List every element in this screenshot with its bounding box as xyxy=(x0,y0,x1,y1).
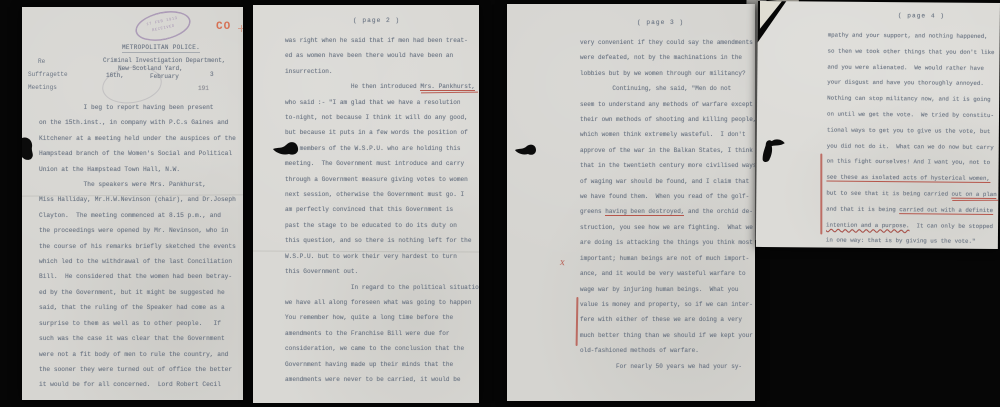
typed-line: wage war by injuring human beings. What … xyxy=(580,282,755,297)
margin-note-line: Re xyxy=(38,58,45,65)
typed-line: see these as isolated acts of hysterical… xyxy=(826,170,997,187)
typed-line: ed by the Government, but it might be su… xyxy=(39,285,236,300)
typed-line: mpathy and your support, and nothing hap… xyxy=(828,28,999,45)
ink-blot xyxy=(515,143,537,157)
typed-line: it would be for all concerned. Lord Robe… xyxy=(39,377,236,392)
typed-line: consideration, we came to the conclusion… xyxy=(285,341,479,356)
typed-line: old-fashioned methods of warfare. xyxy=(580,343,755,358)
typed-line: important; human beings are not of much … xyxy=(580,251,755,266)
typed-line: fere with either of these we are doing a… xyxy=(580,312,755,327)
typed-line: lobbies but by we women through our mili… xyxy=(580,66,755,81)
red-underline: out on a plan xyxy=(952,191,997,199)
typed-line: but because it puts in a few words the p… xyxy=(285,125,479,140)
registry-cross-mark xyxy=(238,25,243,32)
typed-line: Hampstead branch of the Women's Social a… xyxy=(39,146,236,161)
typed-line: intention and a purpose. It can only be … xyxy=(826,217,997,234)
typed-line: Nothing can stop militancy now, and it i… xyxy=(827,91,998,108)
red-underline: having been destroyed, xyxy=(605,208,684,216)
received-stamp: 17 FEB 1913 RECEIVED xyxy=(133,7,194,46)
typed-line: Continuing, she said, "Men do not xyxy=(580,81,755,96)
typed-line: The speakers were Mrs. Pankhurst, xyxy=(39,177,236,192)
page-number-header: ( page 2 ) xyxy=(353,17,400,24)
typed-line: and you were alienated. We would rather … xyxy=(827,59,998,76)
typed-body: I beg to report having been presenton th… xyxy=(39,100,236,393)
typed-line: your disgust and have you thoroughly ann… xyxy=(827,75,998,92)
red-underline: see these as isolated acts of hysterical… xyxy=(826,174,990,183)
typed-line: we have found them. When you read of the… xyxy=(580,189,755,204)
typed-line: ance, and it would be very wasteful warf… xyxy=(580,266,755,281)
typed-line: on until we get the vote. We tried by co… xyxy=(827,107,998,124)
typed-line: which women think extremely wasteful. I … xyxy=(580,127,755,142)
typed-line: said, that the ruling of the Speaker had… xyxy=(39,300,236,315)
document-title: METROPOLITAN POLICE. xyxy=(122,44,200,53)
typed-line: Clayton. The meeting commenced at 8.15 p… xyxy=(39,208,236,223)
typed-line: on this fight ourselves! And I want you,… xyxy=(827,154,998,171)
typed-line: was right when he said that if men had b… xyxy=(285,33,479,48)
typed-line: in one way: that is by giving us the vot… xyxy=(826,233,997,249)
red-margin-line xyxy=(820,154,822,235)
ink-blot xyxy=(759,137,789,167)
typed-line: value is money and property, so if we ca… xyxy=(580,297,755,312)
margin-note-line: Suffragette xyxy=(28,71,68,78)
typed-line: much better thing than we should if we k… xyxy=(580,328,755,343)
page-4: ( page 4 ) mpathy and your support, and … xyxy=(756,1,1000,249)
page-number-header: ( page 3 ) xyxy=(637,19,684,26)
typed-line: past the stage to be educated to do its … xyxy=(285,218,479,233)
typed-body: was right when he said that if men had b… xyxy=(285,33,479,387)
typed-line: very convenient if they could say the am… xyxy=(580,35,755,50)
typed-line: For nearly 50 years we had your sy- xyxy=(580,359,755,374)
typed-line: which led to the withdrawal of the last … xyxy=(39,254,236,269)
typed-line: the members of the W.S.P.U. who are hold… xyxy=(285,141,479,156)
page-number-header: ( page 4 ) xyxy=(898,12,945,19)
typed-line: the proceedings were opened by Mr. Nevin… xyxy=(39,223,236,238)
typed-line: He then introduced Mrs. Pankhurst, xyxy=(285,79,479,94)
typed-line: Bill. He considered that the women had b… xyxy=(39,269,236,284)
typed-line: ed as women have been there would have b… xyxy=(285,48,479,63)
photographed-documents: 17 FEB 1913 RECEIVED CO METROPOLITAN POL… xyxy=(0,0,1000,407)
typed-line: tional ways to get you to give us the vo… xyxy=(827,122,998,139)
typed-line: approve of the war in the Balkan States,… xyxy=(580,143,755,158)
typed-line: next session, otherwise the Government m… xyxy=(285,187,479,202)
typed-line: amendments to the Franchise Bill were du… xyxy=(285,326,479,341)
typed-line: and that it is being carried out with a … xyxy=(826,201,997,218)
typed-line: this Government out. xyxy=(285,264,479,279)
typed-line: I beg to report having been present xyxy=(39,100,236,115)
typed-line: greens having been destroyed, and the or… xyxy=(580,204,755,219)
typed-line: am perfectly convinced that this Governm… xyxy=(285,202,479,217)
date-day: 16th, xyxy=(106,72,124,79)
typed-line: insurrection. xyxy=(285,64,479,79)
typed-line: Government having made up their minds th… xyxy=(285,357,479,372)
typed-line: were not a fit body of men to rule the c… xyxy=(39,347,236,362)
red-underline: Mrs. Pankhurst, xyxy=(420,83,475,91)
address-line: New Scotland Yard, xyxy=(118,65,183,72)
typed-line: to-night, not because I think it will do… xyxy=(285,110,479,125)
typed-line: are doing is attacking the things you th… xyxy=(580,235,755,250)
typed-line: you did not do it. What can we do now bu… xyxy=(827,138,998,155)
typed-line: surprise to them as well as to other peo… xyxy=(39,316,236,331)
typed-line: meeting. The Government must introduce a… xyxy=(285,156,479,171)
typed-line: so then we took other things that you do… xyxy=(827,43,998,60)
date-year-print: 191 xyxy=(198,85,209,92)
page-1: 17 FEB 1913 RECEIVED CO METROPOLITAN POL… xyxy=(22,7,243,400)
typed-line: the course of his remarks briefly sketch… xyxy=(39,239,236,254)
department-line: Criminal Investigation Department, xyxy=(103,57,225,64)
typed-line: who said :- "I am glad that we have a re… xyxy=(285,95,479,110)
typed-line: Kitchener at a meeting held under the au… xyxy=(39,131,236,146)
typed-line: but to see that it is being carried out … xyxy=(826,186,997,203)
red-margin-line xyxy=(576,297,578,346)
typed-line: this question, and so there is nothing l… xyxy=(285,233,479,248)
margin-note-line: Meetings xyxy=(28,84,57,91)
typed-line: on the 15th.inst., in company with P.C.s… xyxy=(39,115,236,130)
ink-blot xyxy=(273,140,299,158)
typed-line: were defeated, not by the machinations i… xyxy=(580,50,755,65)
red-underline: carried out with a definite xyxy=(899,206,993,215)
date-numeral: 3 xyxy=(210,71,214,78)
page-3: ( page 3 ) very convenient if they could… xyxy=(507,4,755,401)
typed-line: In regard to the political situation xyxy=(285,280,479,295)
red-cross-mark: x xyxy=(559,257,565,269)
typed-line: struction, you see how we are fighting. … xyxy=(580,220,755,235)
date-month: February xyxy=(150,73,179,80)
typed-line: Union at the Hampstead Town Hall, N.W. xyxy=(39,162,236,177)
registry-mark: CO xyxy=(216,21,231,33)
ink-blot xyxy=(22,136,38,162)
typed-line: You remember how, quite a long time befo… xyxy=(285,310,479,325)
typed-line: their own methods of shooting and killin… xyxy=(580,112,755,127)
typed-line: amendments were never to be carried, it … xyxy=(285,372,479,387)
typed-line: such was the case it was clear that the … xyxy=(39,331,236,346)
typed-body: very convenient if they could say the am… xyxy=(580,35,755,374)
typed-line: we have all along foreseen what was goin… xyxy=(285,295,479,310)
page-2: ( page 2 ) was right when he said that i… xyxy=(253,5,479,403)
typed-line: through a Government measure giving vote… xyxy=(285,172,479,187)
typed-line: seem to understand any methods of warfar… xyxy=(580,97,755,112)
typed-line: of waging war should be found, and I cla… xyxy=(580,174,755,189)
typed-line: that in the twentieth century more civil… xyxy=(580,158,755,173)
typed-line: the sooner they were turned out of offic… xyxy=(39,362,236,377)
red-underline: intention and a purpose. xyxy=(826,221,910,229)
typed-body: mpathy and your support, and nothing hap… xyxy=(826,28,998,249)
